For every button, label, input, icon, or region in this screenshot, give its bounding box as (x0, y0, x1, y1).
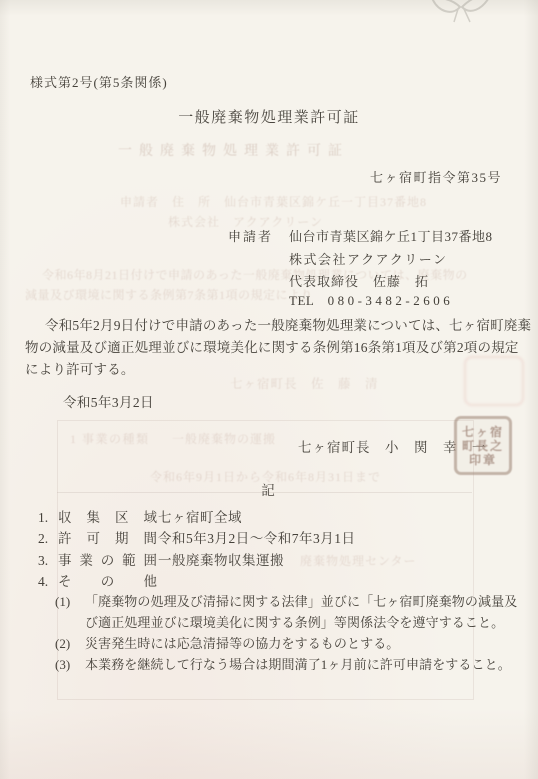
sub-item-text: 本業務を継続して行なう場合は期間満了1ヶ月前に許可申請をすること。 (85, 654, 529, 675)
mayor-seal-row: 町長之 (462, 439, 504, 453)
sub-item-text: 災害発生時には応急清掃等の協力をするものとする。 (85, 633, 529, 654)
bleed-line: 七ヶ宿町長 佐 藤 清 (230, 374, 379, 392)
applicant-address: 仙台市青葉区錦ケ丘1丁目37番地8 (289, 226, 493, 245)
mayor-seal: 七ヶ宿 町長之 印章 (454, 416, 512, 475)
mayor-seal-row: 七ヶ宿 (462, 425, 504, 439)
body-line-1: 令和5年2月9日付けで申請のあった一般廃棄物処理業については、七ヶ宿町廃棄 (25, 315, 531, 337)
body-line-3: により許可する。 (25, 359, 135, 381)
directive-number: 七ヶ宿町指令第35号 (370, 167, 502, 186)
item-number: 3. (38, 553, 58, 569)
corner-stamp-icon (428, 0, 494, 26)
bleed-title: 一般廃棄物処理業許可証 (118, 140, 349, 160)
item-label: 許 可 期 間 (58, 527, 158, 547)
bleed-cell: 廃棄物処理センター (300, 552, 417, 569)
applicant-tel: TEL 080-3482-2606 (289, 293, 453, 309)
bleed-line: 申請者 住 所 仙台市青葉区錦ケ丘一丁目37番地8 (120, 193, 427, 210)
bleed-cell: 一般廃棄物の運搬 (172, 430, 276, 447)
list-item-1: 1. 収 集 区 域 七ヶ宿町全域 (38, 506, 242, 526)
list-item-2: 2. 許 可 期 間 令和5年3月2日〜令和7年3月1日 (38, 527, 356, 547)
item-label: 収 集 区 域 (58, 506, 158, 526)
applicant-label: 申請者 (228, 226, 273, 245)
list-item-3: 3. 事業の範囲 一般廃棄物収集運搬 (38, 549, 284, 569)
mayor-seal-row: 印章 (469, 453, 497, 467)
sub-item-number: (3) (55, 654, 85, 675)
body-line-2: 物の減量及び適正処理並びに環境美化に関する条例第16条第1項及び第2項の規定 (25, 337, 519, 359)
item-number: 1. (38, 510, 58, 526)
tel-number: 080-3482-2606 (328, 293, 454, 308)
bleed-line: 減量及び環境に関する条例第7条第1項の規定により (25, 286, 313, 303)
sub-item-text: 「廃棄物の処理及び清掃に関する法律」並びに「七ヶ宿町廃棄物の減量及び適正処理並び… (85, 591, 529, 633)
document-title: 一般廃棄物処理業許可証 (0, 106, 538, 127)
form-number: 様式第2号(第5条関係) (30, 72, 168, 91)
item-number: 2. (38, 531, 58, 547)
sub-item-3: (3) 本業務を継続して行なう場合は期間満了1ヶ月前に許可申請をすること。 (55, 654, 529, 675)
sub-item-2: (2) 災害発生時には応急清掃等の協力をするものとする。 (55, 633, 529, 654)
item-label: 事業の範囲 (58, 549, 158, 569)
record-heading: 記 (0, 479, 538, 499)
sub-item-1: (1) 「廃棄物の処理及び清掃に関する法律」並びに「七ヶ宿町廃棄物の減量及び適正… (55, 591, 529, 633)
applicant-company: 株式会社アクアクリーン (289, 249, 447, 268)
bleed-cell: 1 事業の種類 (70, 430, 150, 447)
item-label: そ の 他 (58, 570, 158, 590)
sub-item-number: (2) (55, 633, 85, 654)
applicant-representative: 代表取締役 佐藤 拓 (289, 271, 429, 290)
item-value: 令和5年3月2日〜令和7年3月1日 (158, 527, 356, 547)
item-value: 七ヶ宿町全域 (158, 506, 242, 526)
permit-document: 一般廃棄物処理業許可証 申請者 住 所 仙台市青葉区錦ケ丘一丁目37番地8 株式… (0, 0, 538, 779)
item-value: 一般廃棄物収集運搬 (158, 549, 284, 569)
sub-item-number: (1) (55, 591, 85, 612)
item-number: 4. (38, 574, 58, 590)
bleed-stamp (464, 356, 524, 406)
issue-date: 令和5年3月2日 (63, 391, 154, 411)
list-item-4: 4. そ の 他 (38, 570, 158, 590)
tel-label: TEL (289, 293, 314, 308)
